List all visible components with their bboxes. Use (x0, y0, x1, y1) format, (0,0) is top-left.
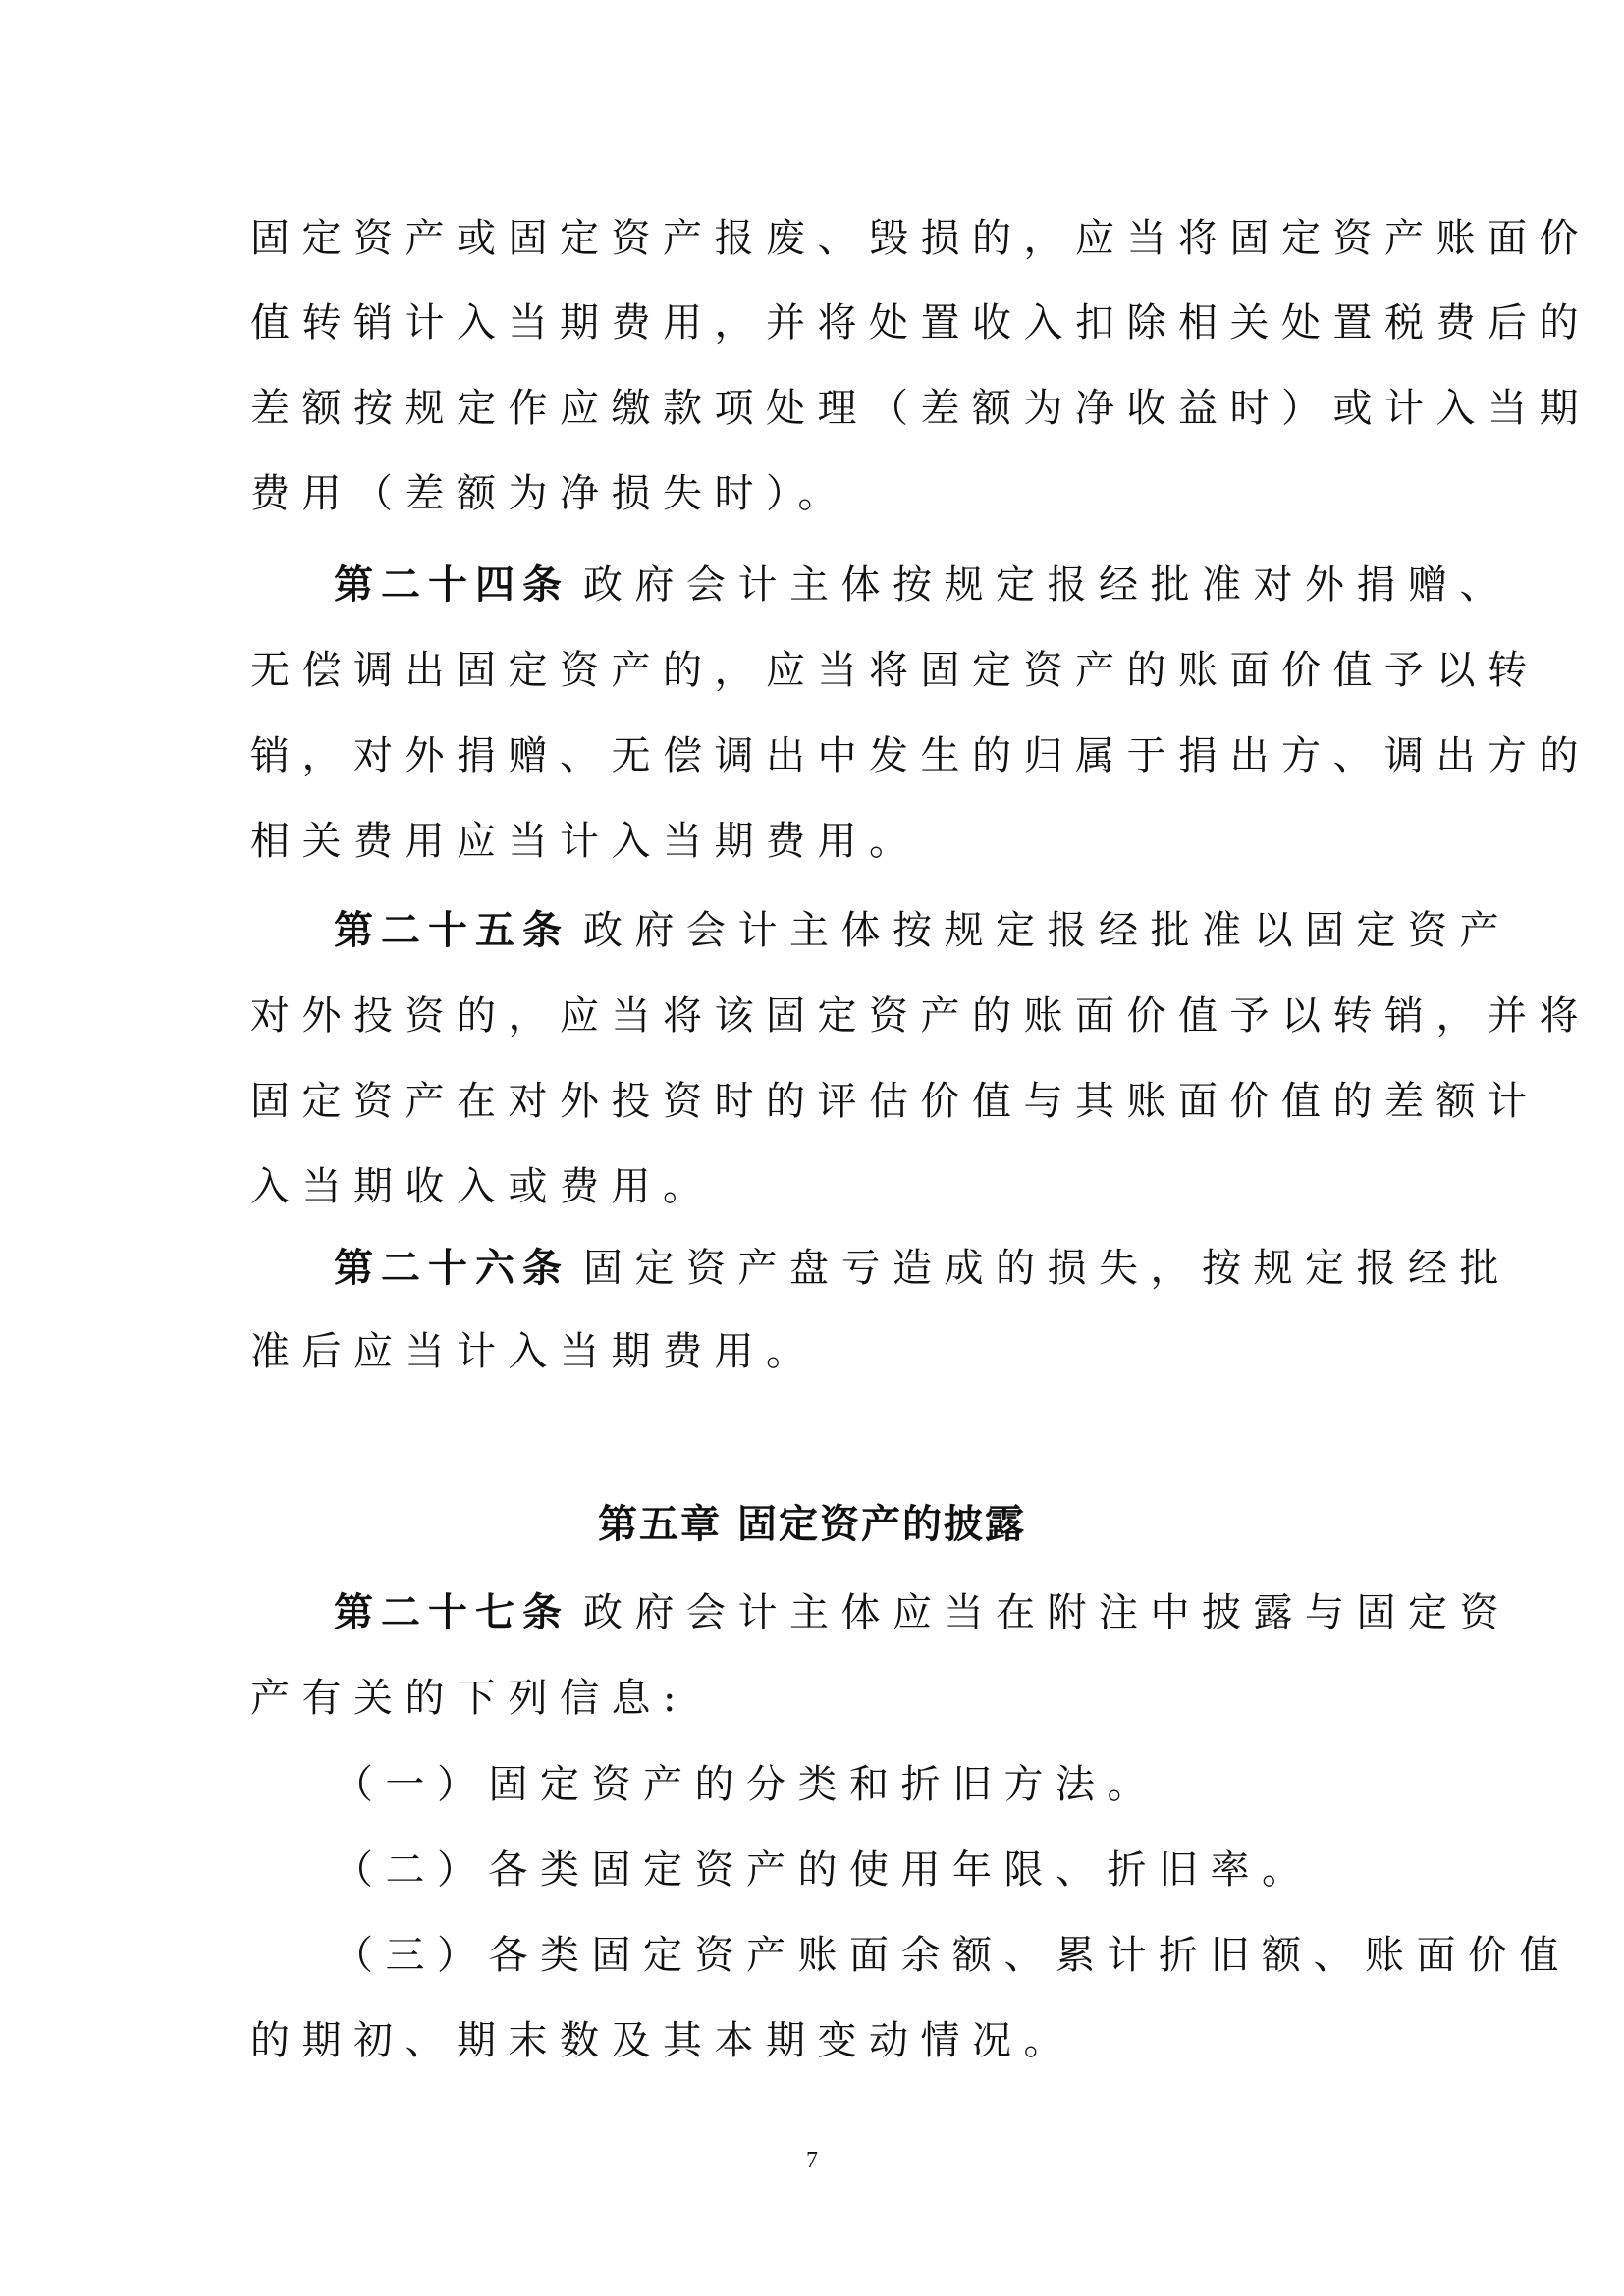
paragraph-line: 的期初、期末数及其本期变动情况。 (250, 2011, 1389, 2070)
paragraph-line: 无偿调出固定资产的，应当将固定资产的账面价值予以转 (250, 641, 1389, 700)
list-item: （一）固定资产的分类和折旧方法。 (334, 1755, 1389, 1814)
paragraph-line: 入当期收入或费用。 (250, 1157, 1389, 1216)
paragraph-line: 销，对外捐赠、无偿调出中发生的归属于捐出方、调出方的 (250, 726, 1389, 785)
article-text: 固定资产盘亏造成的损失，按规定报经批 (583, 1246, 1511, 1291)
page-number: 7 (0, 2146, 1624, 2175)
article-24-first-line: 第二十四条政府会计主体按规定报经批准对外捐赠、 (334, 556, 1389, 614)
article-26-first-line: 第二十六条固定资产盘亏造成的损失，按规定报经批 (334, 1239, 1389, 1298)
article-label: 第二十七条 (334, 1590, 569, 1635)
paragraph-line: 费用（差额为净损失时）。 (250, 464, 1389, 523)
paragraph-line: 产有关的下列信息: (250, 1669, 1389, 1728)
paragraph-line: 准后应当计入当期费用。 (250, 1322, 1389, 1381)
article-label: 第二十五条 (334, 908, 569, 953)
paragraph-line: 相关费用应当计入当期费用。 (250, 812, 1389, 871)
document-page: 固定资产或固定资产报废、毁损的，应当将固定资产账面价 值转销计入当期费用，并将处… (0, 0, 1624, 2296)
article-25-first-line: 第二十五条政府会计主体按规定报经批准以固定资产 (334, 901, 1389, 960)
article-text: 政府会计主体按规定报经批准对外捐赠、 (583, 562, 1511, 608)
chapter-heading: 第五章 固定资产的披露 (0, 1495, 1624, 1554)
paragraph-line: 固定资产在对外投资时的评估价值与其账面价值的差额计 (250, 1072, 1389, 1131)
list-item: （二）各类固定资产的使用年限、折旧率。 (334, 1841, 1389, 1899)
paragraph-line: 差额按规定作应缴款项处理（差额为净收益时）或计入当期 (250, 379, 1389, 438)
article-label: 第二十六条 (334, 1246, 569, 1291)
article-text: 政府会计主体应当在附注中披露与固定资 (583, 1590, 1511, 1635)
article-label: 第二十四条 (334, 562, 569, 608)
article-27-first-line: 第二十七条政府会计主体应当在附注中披露与固定资 (334, 1583, 1389, 1642)
list-item: （三）各类固定资产账面余额、累计折旧额、账面价值 (334, 1926, 1389, 1985)
paragraph-line: 对外投资的，应当将该固定资产的账面价值予以转销，并将 (250, 987, 1389, 1045)
paragraph-line: 固定资产或固定资产报废、毁损的，应当将固定资产账面价 (250, 209, 1389, 268)
paragraph-line: 值转销计入当期费用，并将处置收入扣除相关处置税费后的 (250, 294, 1389, 352)
article-text: 政府会计主体按规定报经批准以固定资产 (583, 908, 1511, 953)
